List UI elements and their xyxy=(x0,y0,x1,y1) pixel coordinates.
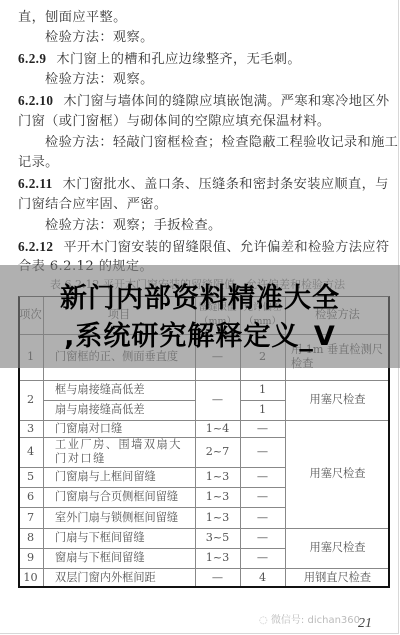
inspection-method: 检验方法：轻敲门窗框检查；检查隐蔽工程验收记录和施工 xyxy=(45,135,398,151)
inspection-method: 检验方法：观察。 xyxy=(45,72,154,88)
clause-number: 6.2.12 xyxy=(18,239,53,254)
clause-6-2-11: 6.2.11木门窗批水、盖口条、压缝条和密封条安装应顺直，与 xyxy=(18,176,389,193)
headline-line-2: ,系统研究解释定义_V xyxy=(0,314,400,353)
clause-text: 木门窗与墙体间的缝隙应填嵌饱满。严寒和寒冷地区外 xyxy=(63,94,389,109)
clause-6-2-12: 6.2.12平开木门窗安装的留缝限值、允许偏差和检验方法应符 xyxy=(18,239,389,256)
inspection-method: 检验方法：观察；手扳检查。 xyxy=(45,218,222,234)
text-line: 门窗结合应牢固、严密。 xyxy=(18,197,167,213)
clause-6-2-10: 6.2.10木门窗与墙体间的缝隙应填嵌饱满。严寒和寒冷地区外 xyxy=(18,93,389,110)
clause-text: 平开木门窗安装的留缝限值、允许偏差和检验方法应符 xyxy=(63,240,389,255)
document-page: 直，刨面应平整。 检验方法：观察。 6.2.9木门窗上的槽和孔应边缘整齐，无毛刺… xyxy=(0,0,399,634)
wechat-watermark: ◌ 微信号: dichan360 xyxy=(259,611,360,626)
clause-text: 木门窗上的槽和孔应边缘整齐，无毛刺。 xyxy=(56,52,301,67)
inspection-method: 检验方法：观察。 xyxy=(45,30,154,46)
clause-number: 6.2.9 xyxy=(18,51,46,66)
clause-number: 6.2.10 xyxy=(18,93,53,108)
clause-text: 木门窗批水、盖口条、压缝条和密封条安装应顺直，与 xyxy=(63,177,389,192)
text-line: 门窗（或门窗框）与砌体间的空隙应填充保温材料。 xyxy=(18,114,331,130)
wechat-icon: ◌ xyxy=(259,615,268,626)
headline-line-1: 新门内部资料精准大全 xyxy=(0,276,400,315)
text-line: 直，刨面应平整。 xyxy=(18,10,127,26)
watermark-text: 微信号: dichan360 xyxy=(271,615,360,626)
text-line: 记录。 xyxy=(18,155,59,171)
page-number: 21 xyxy=(358,616,372,632)
clause-number: 6.2.11 xyxy=(18,176,53,191)
clause-6-2-9: 6.2.9木门窗上的槽和孔应边缘整齐，无毛刺。 xyxy=(18,51,301,68)
